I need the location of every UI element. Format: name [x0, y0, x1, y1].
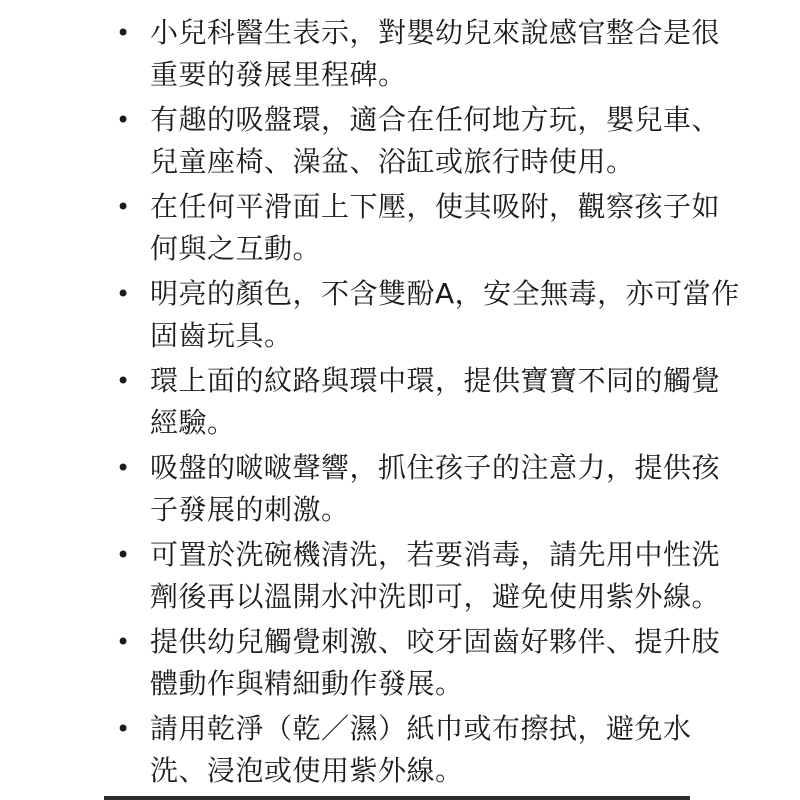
text-line: 體動作與精細動作發展。 — [150, 663, 730, 705]
text-line: 經驗。 — [150, 402, 730, 444]
bullet-marker: • — [112, 273, 150, 315]
bullet-marker: • — [112, 12, 150, 54]
list-item: • 在任何平滑面上下壓，使其吸附，觀察孩子如 何與之互動。 — [112, 186, 800, 270]
list-item: • 吸盤的啵啵聲響，抓住孩子的注意力，提供孩 子發展的刺激。 — [112, 447, 800, 531]
text-line: 提供幼兒觸覺刺激、咬牙固齒好夥伴、提升肢 — [150, 621, 730, 663]
list-item: • 可置於洗碗機清洗，若要消毒，請先用中性洗 劑後再以溫開水沖洗即可，避免使用紫… — [112, 534, 800, 618]
text-line: 小兒科醫生表示，對嬰幼兒來說感官整合是很 — [150, 12, 730, 54]
bullet-marker: • — [112, 708, 150, 750]
product-description-page: • 小兒科醫生表示，對嬰幼兒來說感官整合是很 重要的發展里程碑。 • 有趣的吸盤… — [0, 0, 800, 800]
list-item: • 環上面的紋路與環中環，提供寶寶不同的觸覺 經驗。 — [112, 360, 800, 444]
bullet-marker: • — [112, 447, 150, 489]
cropped-next-section-edge — [104, 796, 690, 800]
bullet-marker: • — [112, 621, 150, 663]
text-line: 請用乾淨（乾／濕）紙巾或布擦拭，避免水 — [150, 708, 730, 750]
bullet-marker: • — [112, 99, 150, 141]
text-line: 吸盤的啵啵聲響，抓住孩子的注意力，提供孩 — [150, 447, 730, 489]
text-line: 在任何平滑面上下壓，使其吸附，觀察孩子如 — [150, 186, 730, 228]
list-item-text: 環上面的紋路與環中環，提供寶寶不同的觸覺 經驗。 — [150, 360, 730, 444]
bullet-marker: • — [112, 534, 150, 576]
list-item-text: 請用乾淨（乾／濕）紙巾或布擦拭，避免水 洗、浸泡或使用紫外線。 — [150, 708, 730, 792]
bullet-marker: • — [112, 186, 150, 228]
list-item-text: 明亮的顏色，不含雙酚A，安全無毒，亦可當作 固齒玩具。 — [150, 273, 730, 357]
text-line: 固齒玩具。 — [150, 315, 730, 357]
list-item-text: 可置於洗碗機清洗，若要消毒，請先用中性洗 劑後再以溫開水沖洗即可，避免使用紫外線… — [150, 534, 730, 618]
text-line: 洗、浸泡或使用紫外線。 — [150, 750, 730, 792]
text-line: 有趣的吸盤環，適合在任何地方玩，嬰兒車、 — [150, 99, 730, 141]
text-line: 兒童座椅、澡盆、浴缸或旅行時使用。 — [150, 141, 730, 183]
list-item: • 明亮的顏色，不含雙酚A，安全無毒，亦可當作 固齒玩具。 — [112, 273, 800, 357]
text-line: 子發展的刺激。 — [150, 489, 730, 531]
list-item: • 提供幼兒觸覺刺激、咬牙固齒好夥伴、提升肢 體動作與精細動作發展。 — [112, 621, 800, 705]
text-line: 劑後再以溫開水沖洗即可，避免使用紫外線。 — [150, 576, 730, 618]
list-item-text: 有趣的吸盤環，適合在任何地方玩，嬰兒車、 兒童座椅、澡盆、浴缸或旅行時使用。 — [150, 99, 730, 183]
feature-bullet-list: • 小兒科醫生表示，對嬰幼兒來說感官整合是很 重要的發展里程碑。 • 有趣的吸盤… — [112, 0, 800, 792]
list-item-text: 吸盤的啵啵聲響，抓住孩子的注意力，提供孩 子發展的刺激。 — [150, 447, 730, 531]
text-line: 環上面的紋路與環中環，提供寶寶不同的觸覺 — [150, 360, 730, 402]
list-item-text: 在任何平滑面上下壓，使其吸附，觀察孩子如 何與之互動。 — [150, 186, 730, 270]
text-line: 何與之互動。 — [150, 228, 730, 270]
text-line: 明亮的顏色，不含雙酚A，安全無毒，亦可當作 — [150, 273, 730, 315]
list-item-text: 提供幼兒觸覺刺激、咬牙固齒好夥伴、提升肢 體動作與精細動作發展。 — [150, 621, 730, 705]
text-line: 可置於洗碗機清洗，若要消毒，請先用中性洗 — [150, 534, 730, 576]
list-item: • 小兒科醫生表示，對嬰幼兒來說感官整合是很 重要的發展里程碑。 — [112, 12, 800, 96]
text-line: 重要的發展里程碑。 — [150, 54, 730, 96]
list-item: • 有趣的吸盤環，適合在任何地方玩，嬰兒車、 兒童座椅、澡盆、浴缸或旅行時使用。 — [112, 99, 800, 183]
list-item-text: 小兒科醫生表示，對嬰幼兒來說感官整合是很 重要的發展里程碑。 — [150, 12, 730, 96]
bullet-marker: • — [112, 360, 150, 402]
list-item: • 請用乾淨（乾／濕）紙巾或布擦拭，避免水 洗、浸泡或使用紫外線。 — [112, 708, 800, 792]
